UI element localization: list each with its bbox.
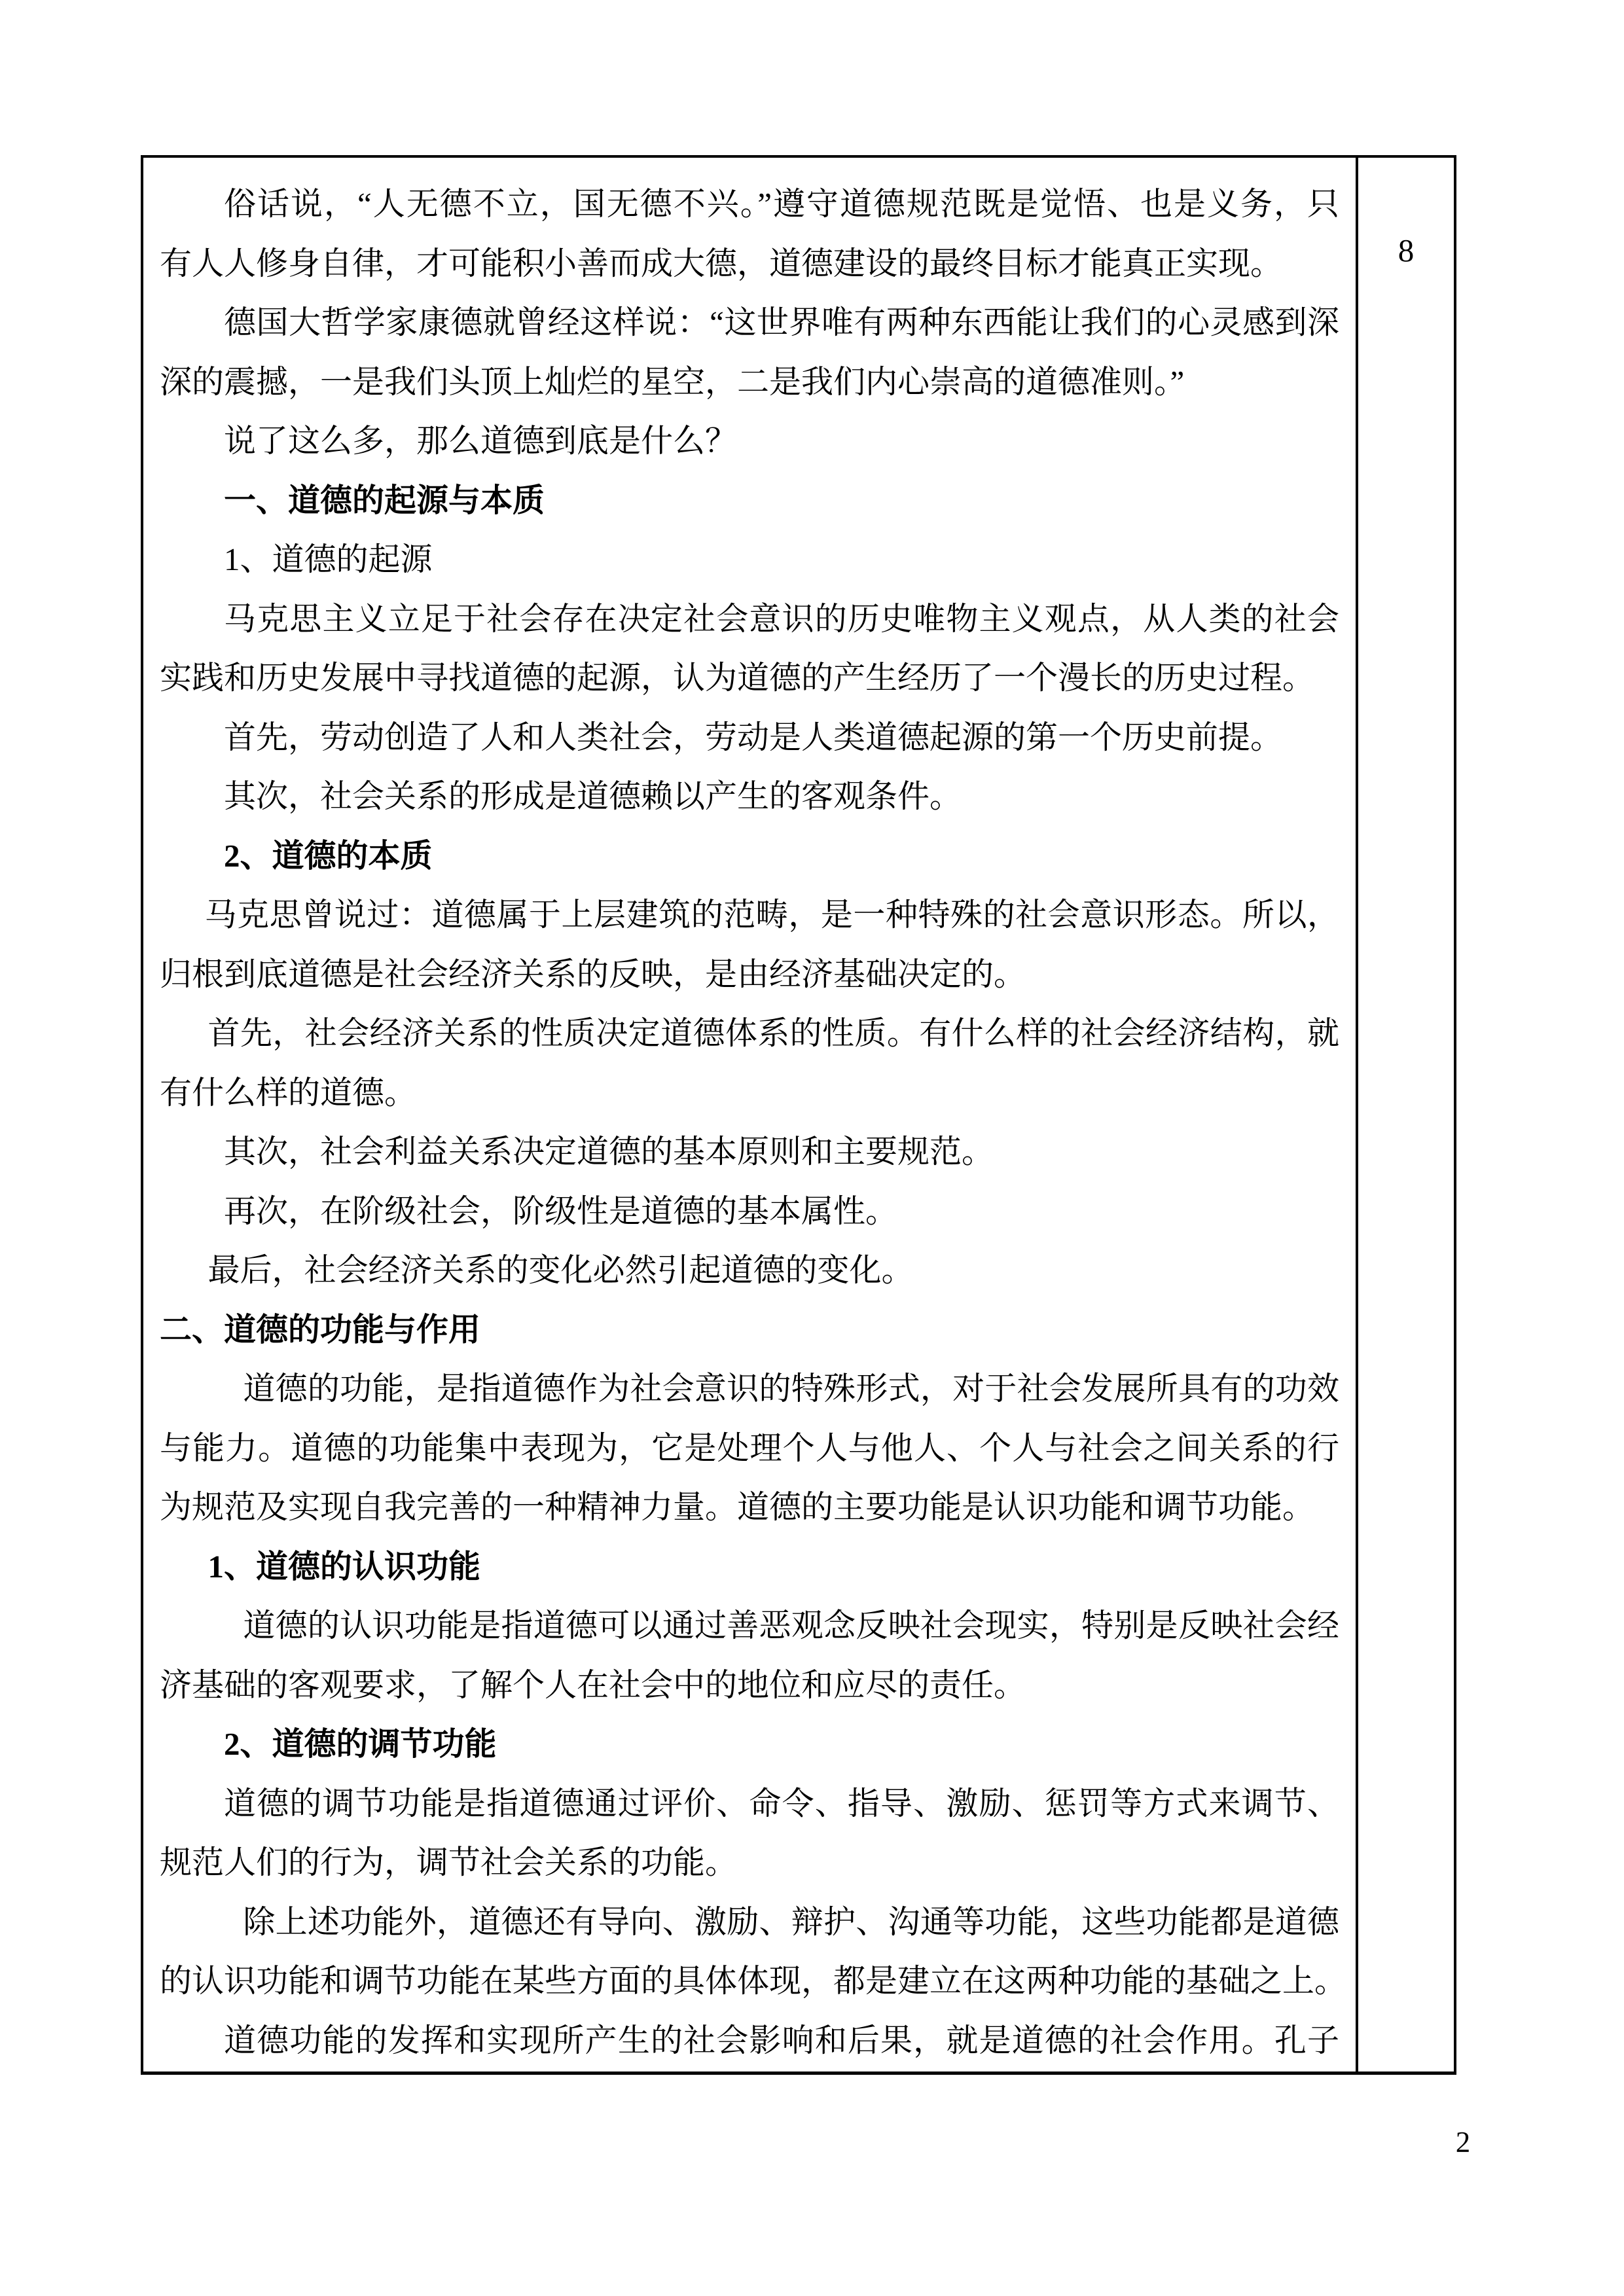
text-line: 2、道德的调节功能	[160, 1715, 1339, 1774]
page-number: 2	[1443, 2125, 1483, 2160]
text-line: 其次，社会关系的形成是道德赖以产生的客观条件。	[160, 767, 1339, 827]
text-line: 最后，社会经济关系的变化必然引起道德的变化。	[160, 1241, 1339, 1300]
text-line: 马克思曾说过：道德属于上层建筑的范畴，是一种特殊的社会意识形态。所以，	[160, 886, 1339, 945]
text-line: 与能力。道德的功能集中表现为，它是处理个人与他人、个人与社会之间关系的行	[160, 1419, 1339, 1479]
text-line: 规范人们的行为，调节社会关系的功能。	[160, 1833, 1339, 1893]
text-line: 实践和历史发展中寻找道德的起源，认为道德的产生经历了一个漫长的历史过程。	[160, 649, 1339, 708]
text-line: 道德的功能，是指道德作为社会意识的特殊形式，对于社会发展所具有的功效	[160, 1359, 1339, 1419]
text-line: 有什么样的道德。	[160, 1064, 1339, 1123]
document-page: 俗话说，“人无德不立，国无德不兴。”遵守道德规范既是觉悟、也是义务，只有人人修身…	[0, 0, 1624, 2296]
text-line: 道德功能的发挥和实现所产生的社会影响和后果，就是道德的社会作用。孔子	[160, 2011, 1339, 2071]
text-line: 二、道德的功能与作用	[160, 1300, 1339, 1360]
text-line: 首先，社会经济关系的性质决定道德体系的性质。有什么样的社会经济结构，就	[160, 1004, 1339, 1064]
text-line: 的认识功能和调节功能在某些方面的具体体现，都是建立在这两种功能的基础之上。	[160, 1952, 1339, 2011]
text-line: 道德的调节功能是指道德通过评价、命令、指导、激励、惩罚等方式来调节、	[160, 1774, 1339, 1834]
side-column-cell: 8	[1358, 158, 1454, 2072]
side-minutes-value: 8	[1358, 231, 1454, 270]
text-line: 说了这么多，那么道德到底是什么？	[160, 412, 1339, 471]
text-line: 一、道德的起源与本质	[160, 471, 1339, 531]
text-line: 深的震撼，一是我们头顶上灿烂的星空，二是我们内心崇高的道德准则。”	[160, 353, 1339, 412]
text-line: 除上述功能外，道德还有导向、激励、辩护、沟通等功能，这些功能都是道德	[160, 1893, 1339, 1952]
lesson-plan-table: 俗话说，“人无德不立，国无德不兴。”遵守道德规范既是觉悟、也是义务，只有人人修身…	[141, 155, 1456, 2075]
content-cell: 俗话说，“人无德不立，国无德不兴。”遵守道德规范既是觉悟、也是义务，只有人人修身…	[143, 158, 1358, 2072]
text-line: 1、道德的起源	[160, 530, 1339, 590]
text-line: 1、道德的认识功能	[160, 1537, 1339, 1597]
text-line: 再次，在阶级社会，阶级性是道德的基本属性。	[160, 1182, 1339, 1242]
text-line: 济基础的客观要求，了解个人在社会中的地位和应尽的责任。	[160, 1656, 1339, 1715]
text-line: 其次，社会利益关系决定道德的基本原则和主要规范。	[160, 1122, 1339, 1182]
text-line: 2、道德的本质	[160, 827, 1339, 886]
text-line: 有人人修身自律，才可能积小善而成大德，道德建设的最终目标才能真正实现。	[160, 234, 1339, 294]
text-line: 归根到底道德是社会经济关系的反映，是由经济基础决定的。	[160, 945, 1339, 1005]
text-line: 德国大哲学家康德就曾经这样说：“这世界唯有两种东西能让我们的心灵感到深	[160, 293, 1339, 353]
text-line: 首先，劳动创造了人和人类社会，劳动是人类道德起源的第一个历史前提。	[160, 708, 1339, 768]
text-line: 马克思主义立足于社会存在决定社会意识的历史唯物主义观点，从人类的社会	[160, 590, 1339, 649]
text-line: 俗话说，“人无德不立，国无德不兴。”遵守道德规范既是觉悟、也是义务，只	[160, 175, 1339, 234]
text-line: 为规范及实现自我完善的一种精神力量。道德的主要功能是认识功能和调节功能。	[160, 1478, 1339, 1537]
text-line: 道德的认识功能是指道德可以通过善恶观念反映社会现实，特别是反映社会经	[160, 1596, 1339, 1656]
